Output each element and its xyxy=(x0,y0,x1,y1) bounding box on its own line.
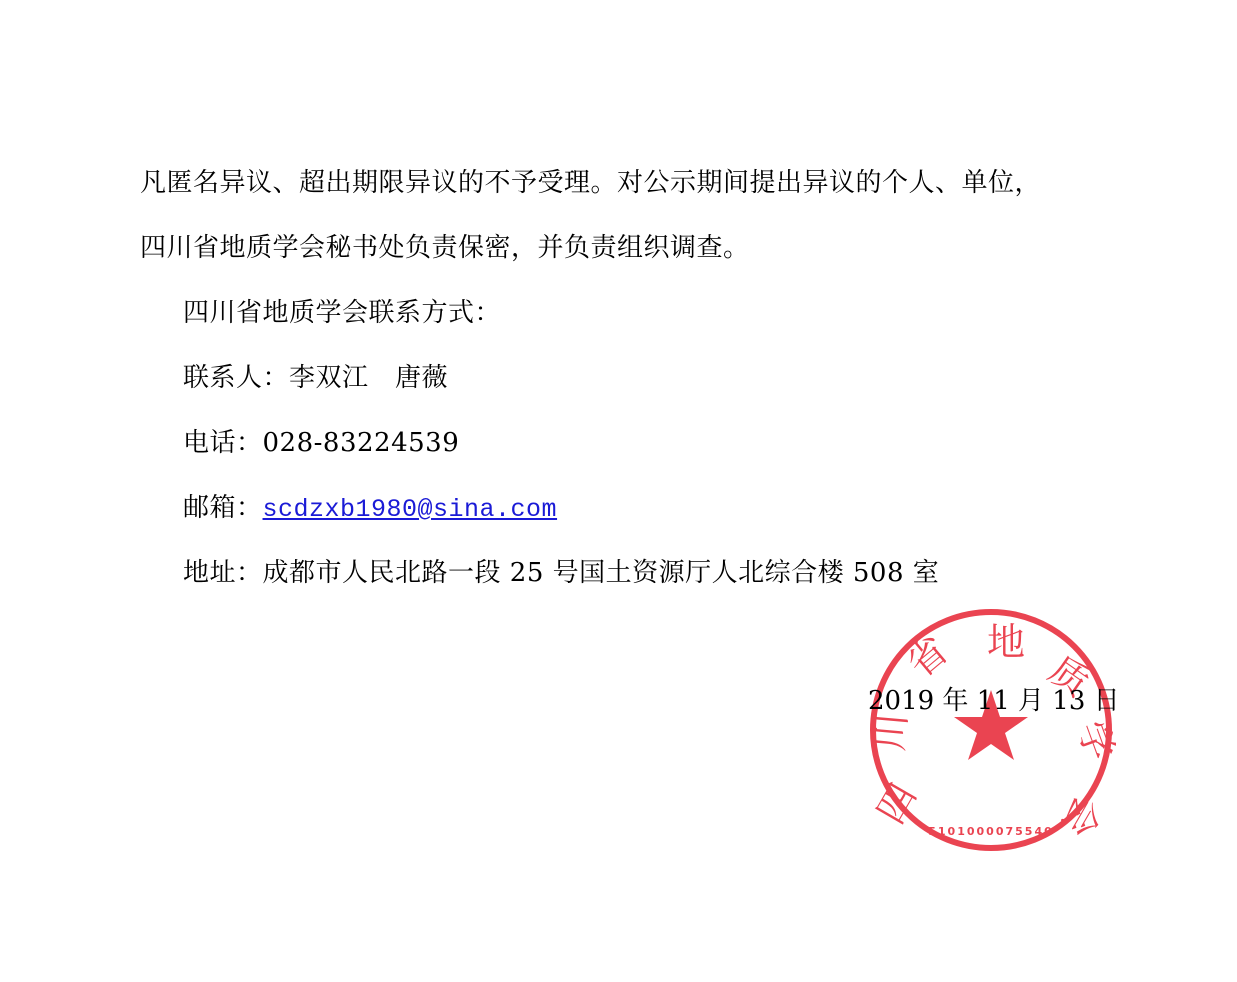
paragraph-line-1: 凡匿名异议、超出期限异议的不予受理。对公示期间提出异议的个人、单位， xyxy=(140,168,1041,198)
svg-text:省: 省 xyxy=(899,628,956,686)
contact-phone: 电话：028-83224539 xyxy=(183,428,459,458)
contact-person-label: 联系人： xyxy=(183,363,289,393)
contact-email-label: 邮箱： xyxy=(183,493,263,523)
svg-text:会: 会 xyxy=(1053,789,1110,844)
contact-phone-label: 电话： xyxy=(183,428,263,458)
official-seal-icon: 四 川 省 地 质 学 会 5101000075540 xyxy=(866,605,1116,855)
contact-email: 邮箱：scdzxb1980@sina.com xyxy=(183,493,557,525)
contact-phone-value: 028-83224539 xyxy=(263,428,460,458)
svg-text:5101000075540: 5101000075540 xyxy=(928,825,1054,838)
email-link[interactable]: scdzxb1980@sina.com xyxy=(263,495,558,524)
paragraph-line-2: 四川省地质学会秘书处负责保密，并负责组织调查。 xyxy=(140,233,750,263)
contact-heading: 四川省地质学会联系方式： xyxy=(183,298,501,328)
contact-person: 联系人：李双江 唐薇 xyxy=(183,363,448,393)
svg-text:川: 川 xyxy=(867,711,914,753)
document-date: 2019 年 11 月 13 日 xyxy=(868,686,1120,716)
contact-person-value: 李双江 唐薇 xyxy=(289,363,448,393)
contact-address-label: 地址： xyxy=(183,558,263,588)
contact-address-value: 成都市人民北路一段 25 号国土资源厅人北综合楼 508 室 xyxy=(263,558,940,588)
contact-address: 地址：成都市人民北路一段 25 号国土资源厅人北综合楼 508 室 xyxy=(183,558,939,588)
svg-text:学: 学 xyxy=(1069,715,1116,766)
svg-text:地: 地 xyxy=(987,620,1025,664)
